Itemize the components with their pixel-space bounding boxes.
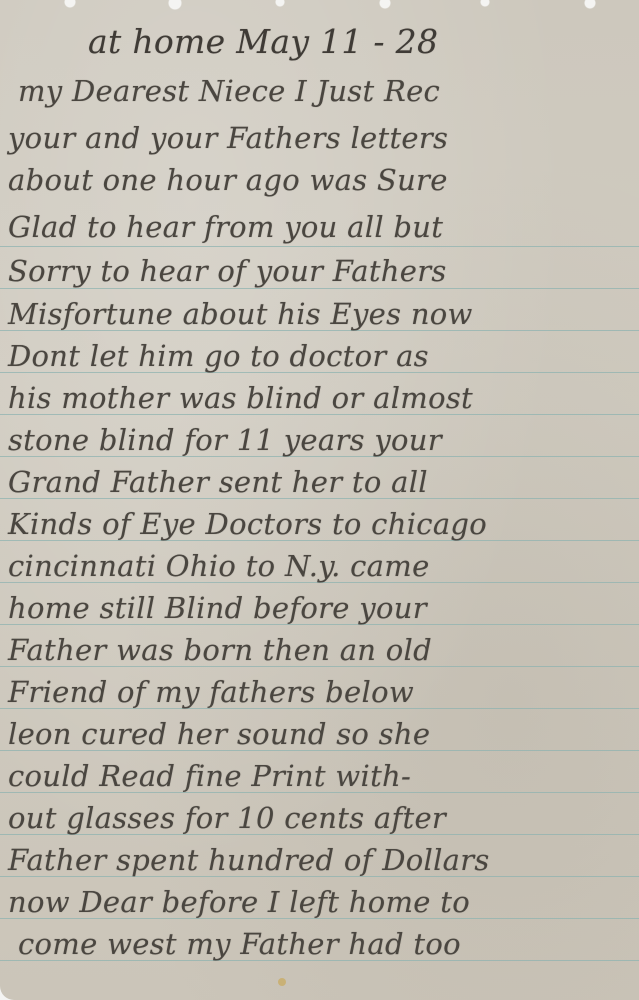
letter-line: Father spent hundred of Dollars: [8, 843, 490, 877]
letter-line: Misfortune about his Eyes now: [8, 297, 473, 331]
letter-line: cincinnati Ohio to N.y. came: [8, 549, 430, 583]
letter-line: could Read fine Print with-: [8, 759, 411, 793]
letter-line: Dont let him go to doctor as: [8, 339, 429, 373]
letter-line: leon cured her sound so she: [8, 717, 430, 751]
letter-line: Father was born then an old: [8, 633, 432, 667]
letter-line: his mother was blind or almost: [8, 381, 473, 415]
letter-line: Sorry to hear of your Fathers: [8, 254, 447, 288]
ruled-line: [0, 246, 639, 247]
letter-line: stone blind for 11 years your: [8, 423, 442, 457]
letter-line: about one hour ago was Sure: [8, 163, 448, 197]
letter-line: out glasses for 10 cents after: [8, 801, 446, 835]
letter-line: home still Blind before your: [8, 591, 427, 625]
letter-heading-date: at home May 11 - 28: [88, 22, 438, 61]
ruled-line: [0, 288, 639, 289]
letter-line: my Dearest Niece I Just Rec: [18, 74, 440, 108]
letter-line: Kinds of Eye Doctors to chicago: [8, 507, 487, 541]
letter-line: now Dear before I left home to: [8, 885, 470, 919]
paper-stain: [278, 978, 286, 986]
letter-line: your and your Fathers letters: [8, 121, 448, 155]
letter-line: come west my Father had too: [18, 927, 461, 961]
letter-line: Friend of my fathers below: [8, 675, 414, 709]
letter-line: Glad to hear from you all but: [8, 210, 443, 244]
letter-line: Grand Father sent her to all: [8, 465, 428, 499]
letter-page: at home May 11 - 28 my Dearest Niece I J…: [0, 0, 639, 1000]
torn-top-edge: [0, 0, 639, 10]
